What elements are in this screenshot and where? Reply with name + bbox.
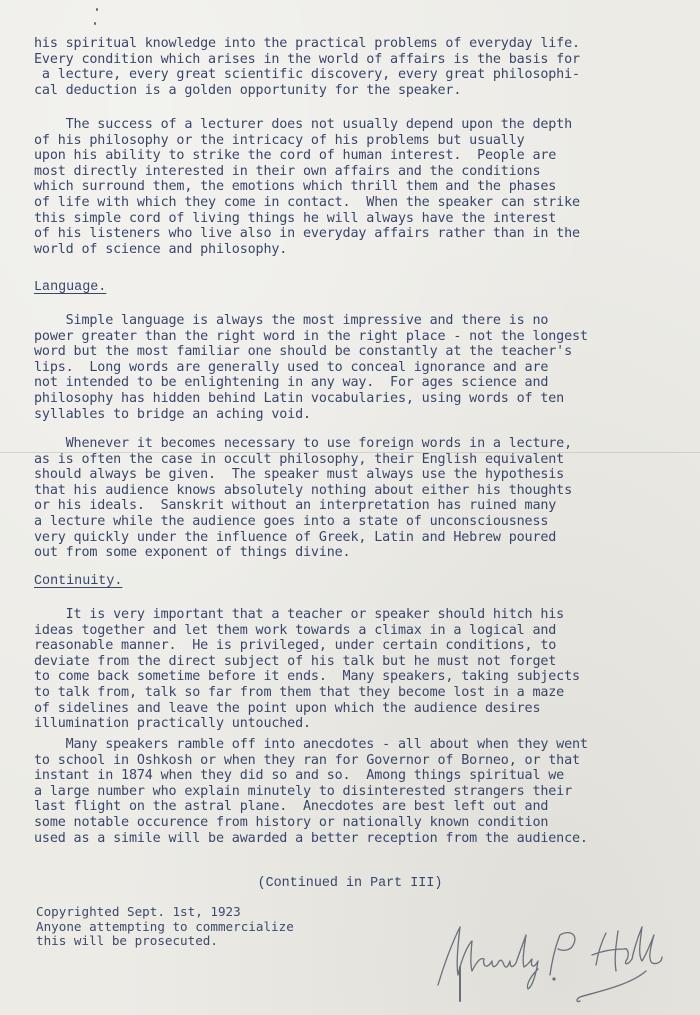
language-paragraph-1: Simple language is always the most impre… xyxy=(34,313,674,422)
signature-icon xyxy=(430,905,670,1005)
copyright-notice: Copyrighted Sept. 1st, 1923 Anyone attem… xyxy=(36,905,294,949)
continuity-paragraph-2: Many speakers ramble off into anecdotes … xyxy=(34,737,674,846)
typewritten-page: his spiritual knowledge into the practic… xyxy=(0,0,700,1015)
success-paragraph: The success of a lecturer does not usual… xyxy=(34,117,674,257)
continuation-note: (Continued in Part III) xyxy=(0,876,700,891)
section-heading-continuity: Continuity. xyxy=(34,574,122,590)
paper-speck xyxy=(94,22,96,25)
section-heading-language: Language. xyxy=(34,280,106,296)
continuity-paragraph-1: It is very important that a teacher or s… xyxy=(34,607,674,732)
intro-paragraph: his spiritual knowledge into the practic… xyxy=(34,36,674,98)
language-paragraph-2: Whenever it becomes necessary to use for… xyxy=(34,436,674,561)
handwritten-signature xyxy=(430,905,670,1005)
paper-speck xyxy=(96,8,98,11)
